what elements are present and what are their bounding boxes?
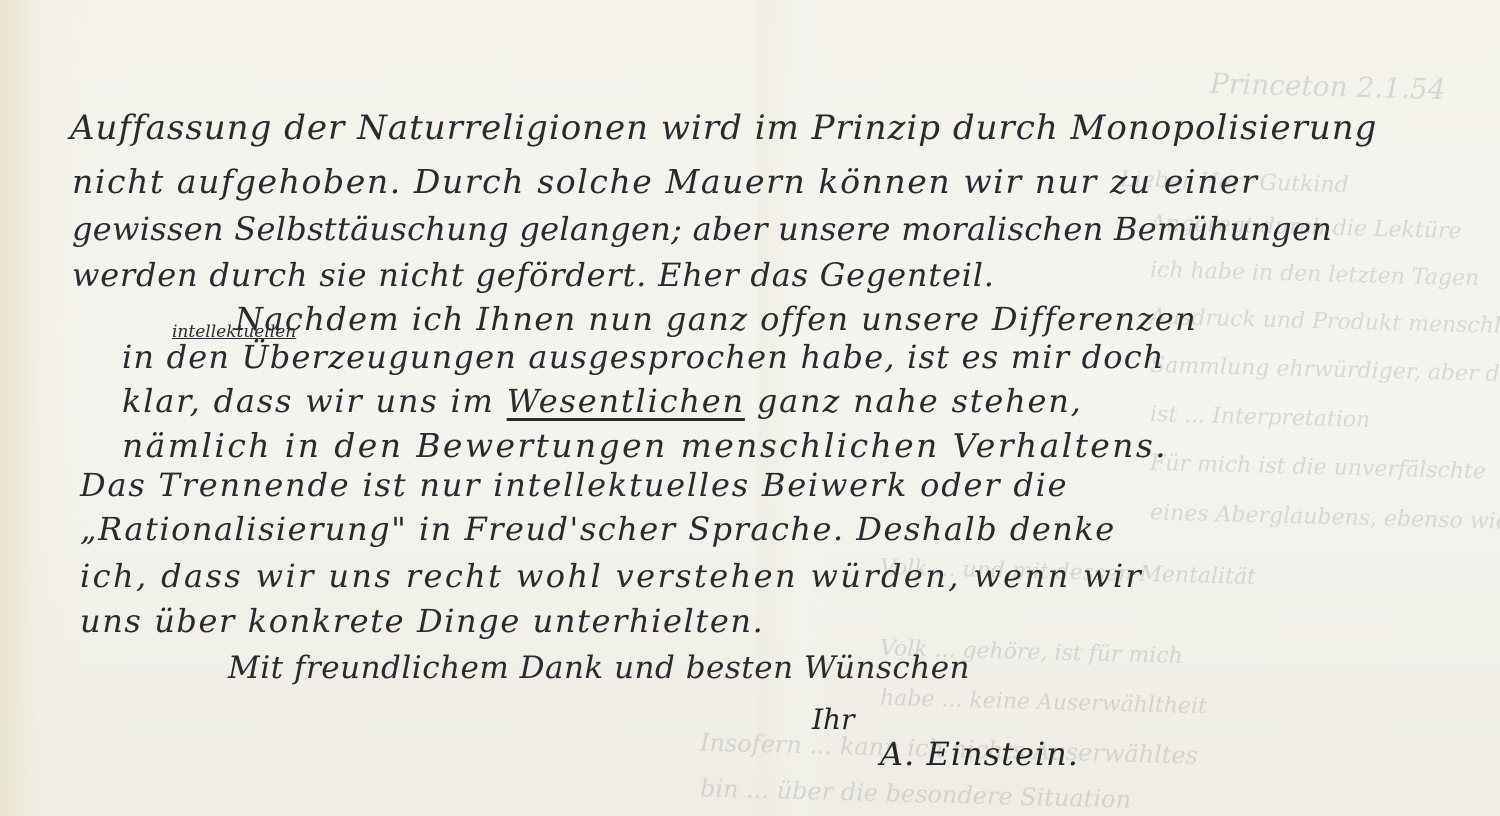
letter-line: nicht aufgehoben. Durch solche Mauern kö… xyxy=(72,162,1259,201)
letter-line: Auffassung der Naturreligionen wird im P… xyxy=(70,108,1377,148)
letter-line: nämlich in den Bewertungen menschlichen … xyxy=(122,426,1168,465)
underlined-word: Wesentlichen xyxy=(507,382,745,420)
letter-line: Nachdem ich Ihnen nun ganz offen unsere … xyxy=(235,300,1197,338)
letter-line-text: klar, dass wir uns im xyxy=(122,382,495,420)
letter-line: uns über konkrete Dinge unterhielten. xyxy=(80,602,764,640)
letter-line: gewissen Selbsttäuschung gelangen; aber … xyxy=(72,210,1332,248)
letter-line: klar, dass wir uns im Wesentlichen ganz … xyxy=(122,382,1083,420)
letter-closing: Mit freundlichem Dank und besten Wünsche… xyxy=(228,650,970,686)
letter-line: Das Trennende ist nur intellektuelles Be… xyxy=(80,466,1068,504)
letter-line: in den Überzeugungen ausgesprochen habe,… xyxy=(122,338,1165,376)
letter-line: ich, dass wir uns recht wohl verstehen w… xyxy=(80,557,1143,595)
bleed-through-text: Princeton 2.1.54 xyxy=(1210,67,1446,106)
signature: A. Einstein. xyxy=(880,735,1079,773)
letter-line: werden durch sie nicht gefördert. Eher d… xyxy=(72,256,995,294)
valediction: Ihr xyxy=(812,703,854,736)
letter-line-text: ganz nahe stehen, xyxy=(757,382,1083,420)
letter-line: „Rationalisierung" in Freud'scher Sprach… xyxy=(80,510,1116,548)
